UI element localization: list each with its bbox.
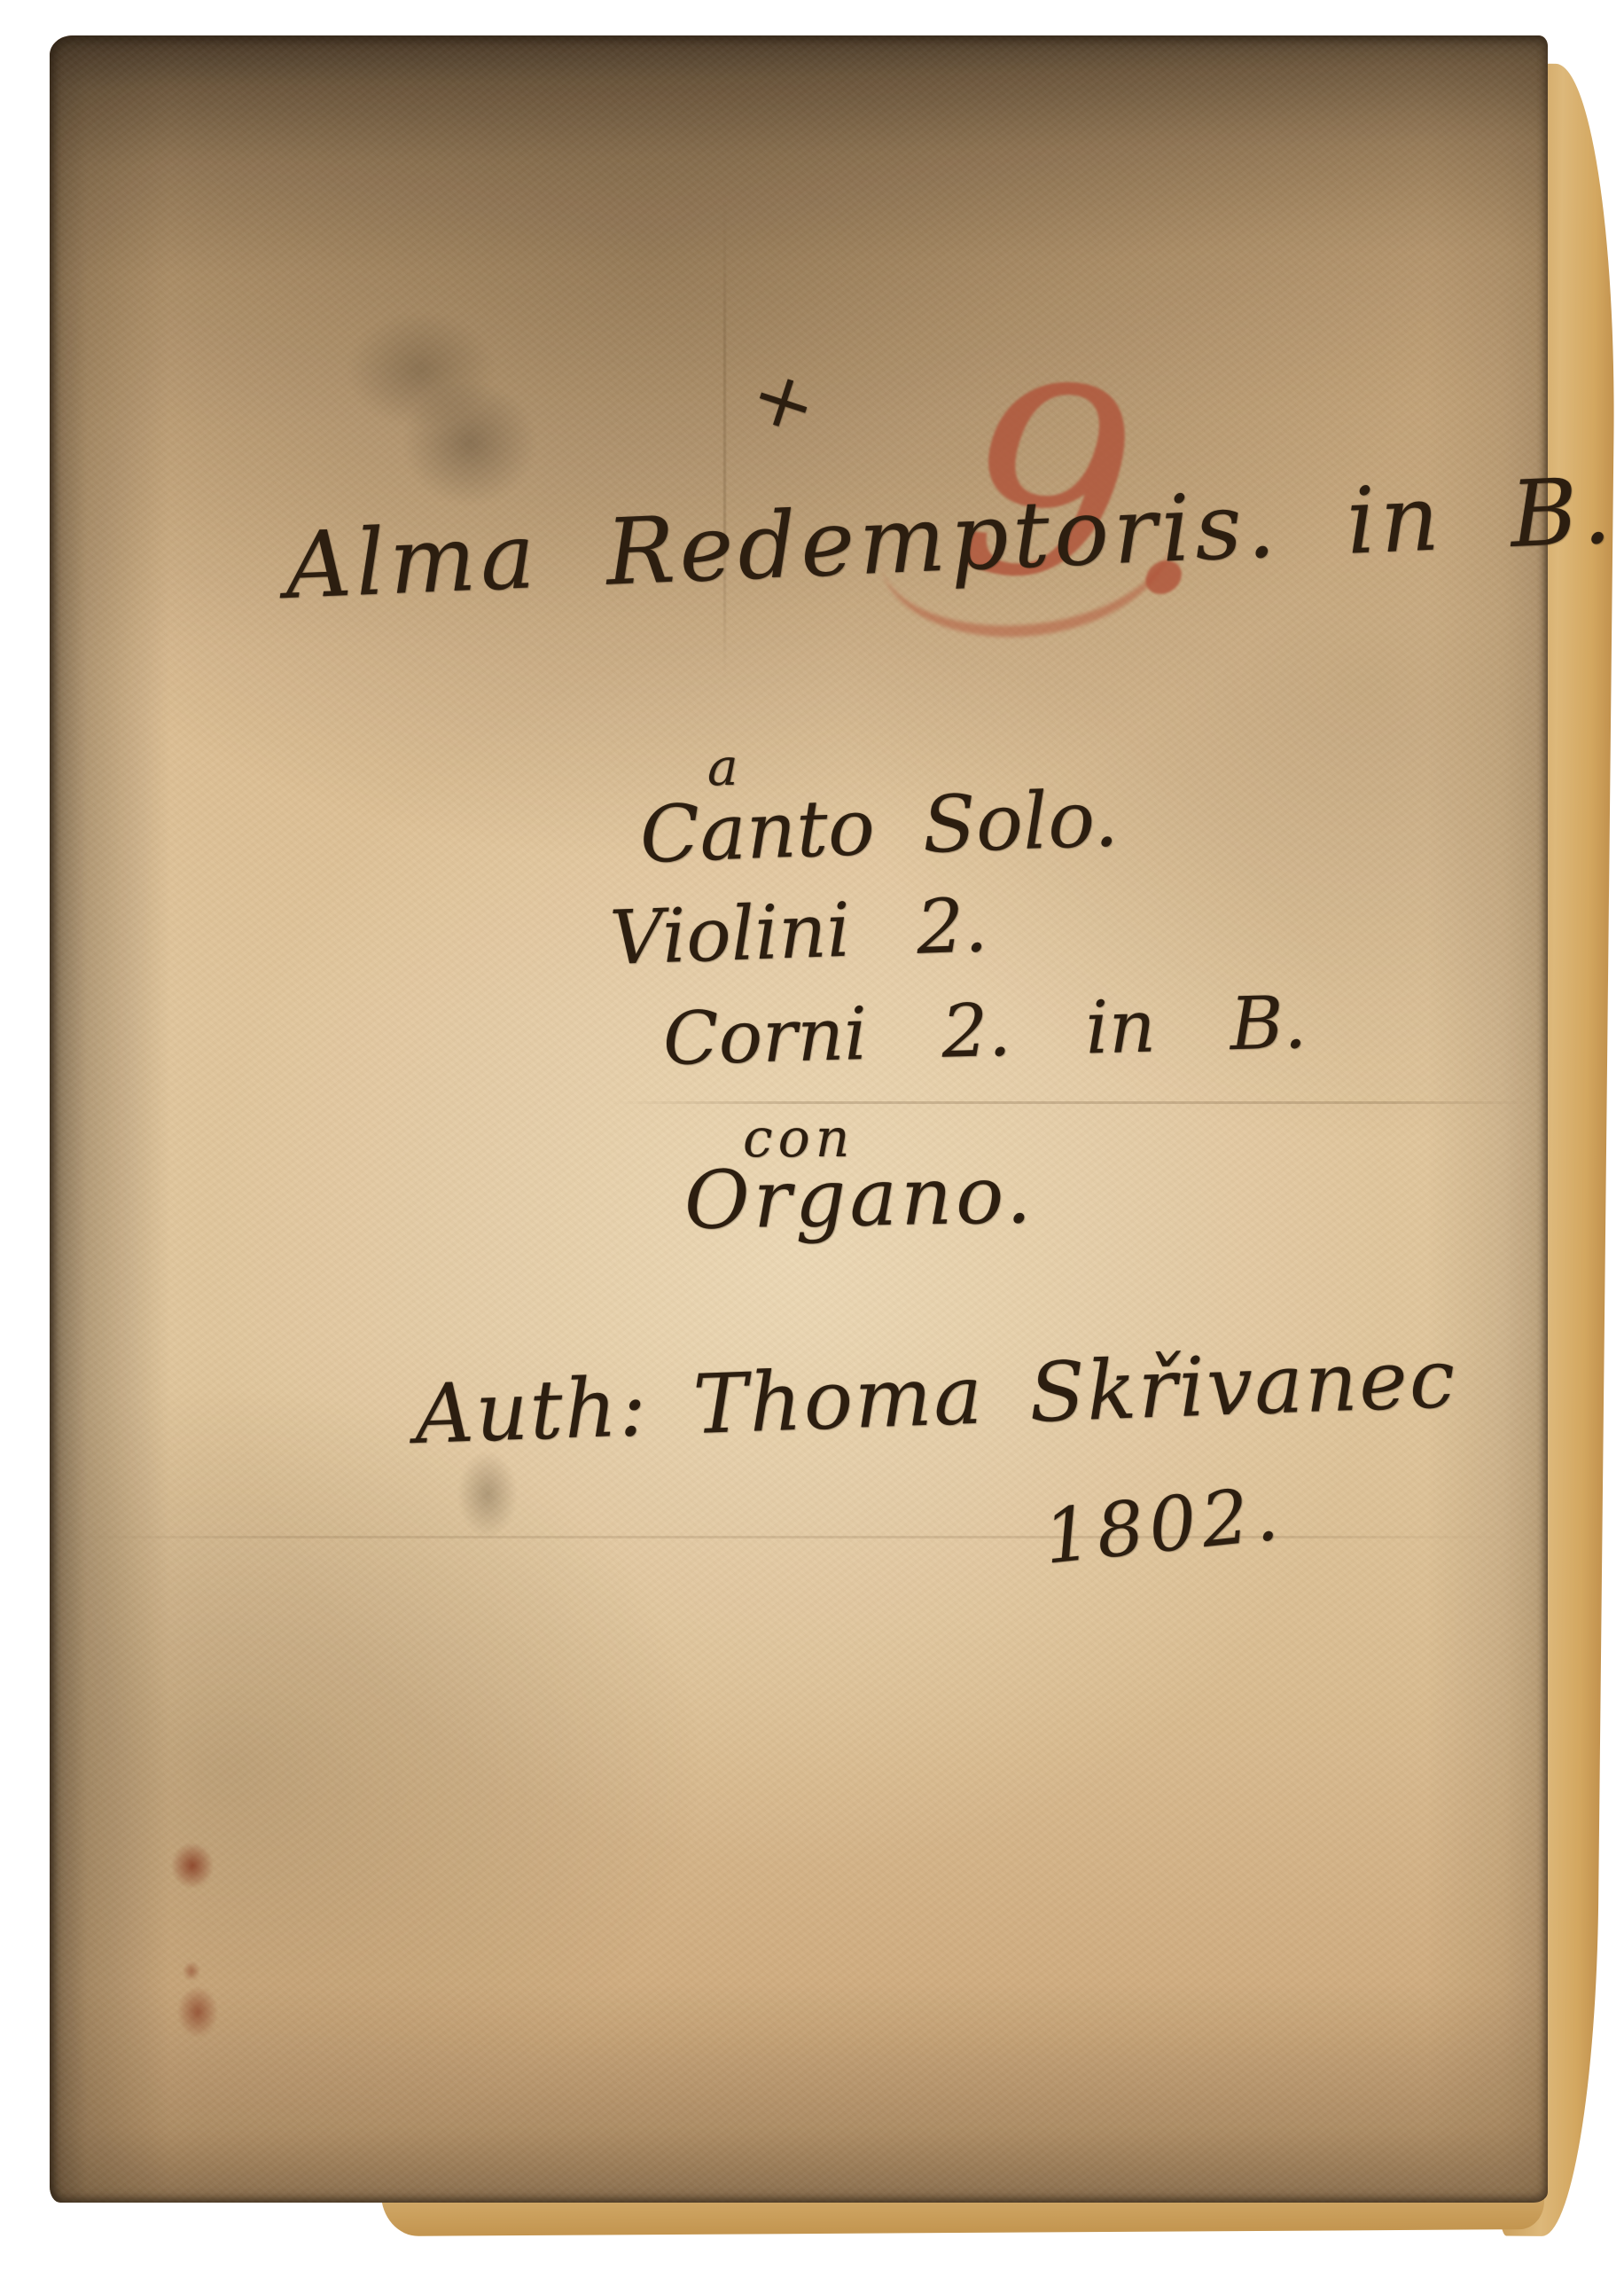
instrumentation-line-canto: Canto Solo. <box>638 779 1119 874</box>
instrumentation-line-organo: Organo. <box>683 1155 1035 1241</box>
instrumentation-line-violini: Violini 2. <box>609 888 989 975</box>
photo-stage: + 9. Alma Redemptoris. in B. a Canto Sol… <box>0 0 1624 2270</box>
instrumentation-line-corni: Corni 2. in B. <box>662 987 1308 1076</box>
